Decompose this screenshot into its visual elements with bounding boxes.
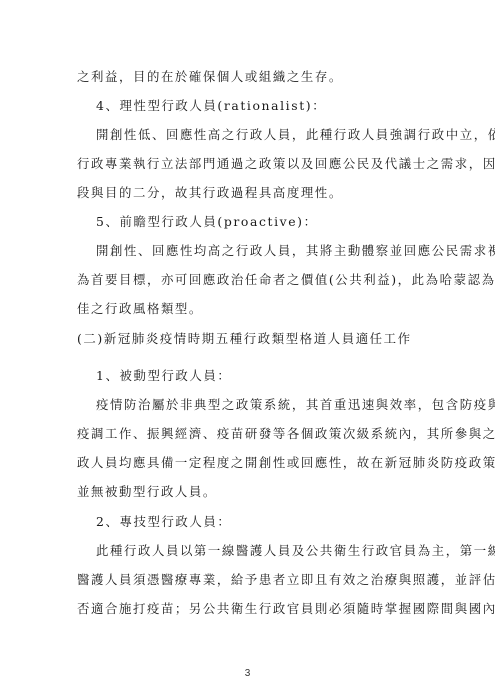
- document-page: 之利益，目的在於確保個人或組織之生存。 4、理性型行政人員(rationalis…: [0, 0, 495, 700]
- text-line: 為首要目標，亦可回應政治任命者之價值(公共利益)，此為哈蒙認為最: [77, 272, 495, 288]
- text-line: 之利益，目的在於確保個人或組織之生存。: [77, 69, 343, 85]
- section-heading-rationalist: 4、理性型行政人員(rationalist)：: [96, 98, 326, 114]
- text-line: 行政專業執行立法部門通過之政策以及回應公民及代議士之需求，因手: [77, 156, 495, 172]
- text-line: 並無被動型行政人員。: [77, 484, 217, 500]
- section-heading-passive: 1、被動型行政人員：: [96, 368, 231, 384]
- text-line: 開創性、回應性均高之行政人員，其將主動體察並回應公民需求視: [96, 243, 495, 259]
- section-heading-proactive: 5、前瞻型行政人員(proactive)：: [96, 214, 318, 230]
- text-line: 醫護人員須憑醫療專業，給予患者立即且有效之治療與照護，並評估是: [77, 572, 495, 588]
- page-number: 3: [0, 668, 495, 679]
- text-line: 段與目的二分，故其行政過程具高度理性。: [77, 185, 343, 201]
- text-line: 否適合施打疫苗；另公共衛生行政官員則必須隨時掌握國際間與國內之: [77, 601, 495, 617]
- section-heading-covid: (二)新冠肺炎疫情時期五種行政類型格道人員適任工作: [77, 331, 412, 347]
- text-line: 政人員均應具備一定程度之開創性或回應性，故在新冠肺炎防疫政策中，: [77, 455, 495, 471]
- text-line: 疫調工作、振興經濟、疫苗研發等各個政策次級系統內，其所參與之行: [77, 426, 495, 442]
- section-heading-technical: 2、專技型行政人員：: [96, 514, 231, 530]
- text-line: 此種行政人員以第一線醫護人員及公共衛生行政官員為主，第一線: [96, 543, 495, 559]
- text-line: 開創性低、回應性高之行政人員，此種行政人員強調行政中立，依: [96, 127, 495, 143]
- text-line: 疫情防治屬於非典型之政策系統，其首重迅速與效率，包含防疫與: [96, 397, 495, 413]
- text-line: 佳之行政風格類型。: [77, 301, 203, 317]
